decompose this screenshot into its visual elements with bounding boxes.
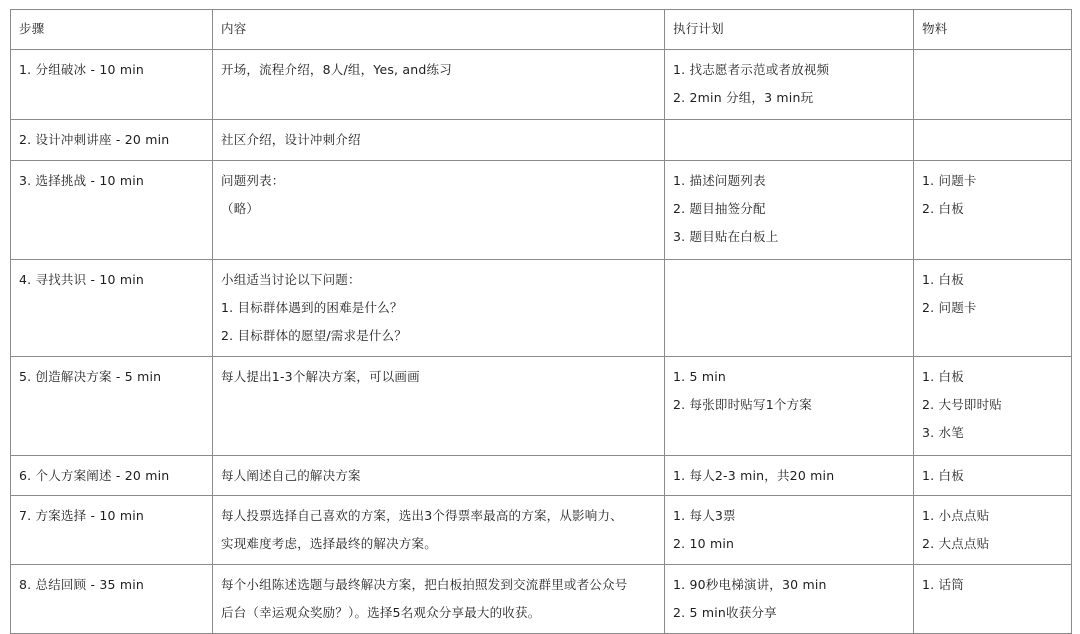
material-item: 2. 问题卡 bbox=[922, 294, 1063, 322]
content-line: 小组适当讨论以下问题： bbox=[221, 266, 656, 294]
material-item: 1. 话筒 bbox=[922, 571, 1063, 599]
plan-item: 2. 5 min收获分享 bbox=[673, 599, 905, 627]
table-row: 5. 创造解决方案 - 5 min 每人提出1-3个解决方案，可以画画 1. 5… bbox=[11, 357, 1072, 456]
plan-item: 3. 题目贴在白板上 bbox=[673, 223, 905, 251]
step-cell: 2. 设计冲刺讲座 - 20 min bbox=[11, 120, 213, 161]
workshop-plan-table-container: 步骤 内容 执行计划 物料 1. 分组破冰 - 10 min 开场，流程介绍，8… bbox=[10, 9, 1071, 634]
plan-item: 1. 90秒电梯演讲，30 min bbox=[673, 571, 905, 599]
content-line: 后台（幸运观众奖励？）。选择5名观众分享最大的收获。 bbox=[221, 599, 656, 627]
material-item: 2. 白板 bbox=[922, 195, 1063, 223]
content-line: 每人阐述自己的解决方案 bbox=[221, 462, 656, 490]
materials-cell: 1. 问题卡 2. 白板 bbox=[914, 161, 1072, 260]
content-line: 每人提出1-3个解决方案，可以画画 bbox=[221, 363, 656, 391]
plan-cell: 1. 5 min 2. 每张即时贴写1个方案 bbox=[665, 357, 914, 456]
materials-cell: 1. 小点点贴 2. 大点点贴 bbox=[914, 496, 1072, 565]
plan-item: 1. 5 min bbox=[673, 363, 905, 391]
header-materials: 物料 bbox=[914, 10, 1072, 50]
step-label: 4. 寻找共识 - 10 min bbox=[19, 266, 204, 294]
step-cell: 4. 寻找共识 - 10 min bbox=[11, 260, 213, 357]
plan-cell: 1. 90秒电梯演讲，30 min 2. 5 min收获分享 bbox=[665, 565, 914, 634]
table-row: 7. 方案选择 - 10 min 每人投票选择自己喜欢的方案，选出3个得票率最高… bbox=[11, 496, 1072, 565]
plan-cell: 1. 每人3票 2. 10 min bbox=[665, 496, 914, 565]
material-item: 3. 水笔 bbox=[922, 419, 1063, 447]
content-cell: 每人投票选择自己喜欢的方案，选出3个得票率最高的方案，从影响力、 实现难度考虑，… bbox=[213, 496, 665, 565]
materials-cell: 1. 白板 2. 问题卡 bbox=[914, 260, 1072, 357]
materials-cell bbox=[914, 120, 1072, 161]
header-row: 步骤 内容 执行计划 物料 bbox=[11, 10, 1072, 50]
material-item: 2. 大点点贴 bbox=[922, 530, 1063, 558]
content-line: 1. 目标群体遇到的困难是什么？ bbox=[221, 294, 656, 322]
plan-item: 2. 10 min bbox=[673, 530, 905, 558]
plan-cell: 1. 每人2-3 min，共20 min bbox=[665, 456, 914, 496]
content-line: 开场，流程介绍，8人/组，Yes, and练习 bbox=[221, 56, 656, 84]
content-line: 每人投票选择自己喜欢的方案，选出3个得票率最高的方案，从影响力、 bbox=[221, 502, 656, 530]
step-label: 6. 个人方案阐述 - 20 min bbox=[19, 462, 204, 490]
plan-item: 2. 题目抽签分配 bbox=[673, 195, 905, 223]
plan-item: 1. 每人3票 bbox=[673, 502, 905, 530]
content-line: 实现难度考虑，选择最终的解决方案。 bbox=[221, 530, 656, 558]
materials-cell bbox=[914, 50, 1072, 120]
material-item: 2. 大号即时贴 bbox=[922, 391, 1063, 419]
content-cell: 每人提出1-3个解决方案，可以画画 bbox=[213, 357, 665, 456]
content-cell: 小组适当讨论以下问题： 1. 目标群体遇到的困难是什么？ 2. 目标群体的愿望/… bbox=[213, 260, 665, 357]
header-plan: 执行计划 bbox=[665, 10, 914, 50]
content-line: 2. 目标群体的愿望/需求是什么？ bbox=[221, 322, 656, 350]
table-row: 4. 寻找共识 - 10 min 小组适当讨论以下问题： 1. 目标群体遇到的困… bbox=[11, 260, 1072, 357]
content-cell: 开场，流程介绍，8人/组，Yes, and练习 bbox=[213, 50, 665, 120]
material-item: 1. 白板 bbox=[922, 462, 1063, 490]
step-cell: 6. 个人方案阐述 - 20 min bbox=[11, 456, 213, 496]
plan-cell: 1. 描述问题列表 2. 题目抽签分配 3. 题目贴在白板上 bbox=[665, 161, 914, 260]
header-content: 内容 bbox=[213, 10, 665, 50]
table-row: 6. 个人方案阐述 - 20 min 每人阐述自己的解决方案 1. 每人2-3 … bbox=[11, 456, 1072, 496]
content-cell: 问题列表： （略） bbox=[213, 161, 665, 260]
plan-item: 2. 每张即时贴写1个方案 bbox=[673, 391, 905, 419]
table-row: 2. 设计冲刺讲座 - 20 min 社区介绍，设计冲刺介绍 bbox=[11, 120, 1072, 161]
step-cell: 3. 选择挑战 - 10 min bbox=[11, 161, 213, 260]
table-row: 1. 分组破冰 - 10 min 开场，流程介绍，8人/组，Yes, and练习… bbox=[11, 50, 1072, 120]
materials-cell: 1. 白板 2. 大号即时贴 3. 水笔 bbox=[914, 357, 1072, 456]
materials-cell: 1. 白板 bbox=[914, 456, 1072, 496]
material-item: 1. 小点点贴 bbox=[922, 502, 1063, 530]
plan-cell bbox=[665, 120, 914, 161]
content-line: 问题列表： bbox=[221, 167, 656, 195]
content-line: 社区介绍，设计冲刺介绍 bbox=[221, 126, 656, 154]
material-item: 1. 白板 bbox=[922, 363, 1063, 391]
plan-cell: 1. 找志愿者示范或者放视频 2. 2min 分组，3 min玩 bbox=[665, 50, 914, 120]
plan-item: 2. 2min 分组，3 min玩 bbox=[673, 84, 905, 112]
plan-item: 1. 每人2-3 min，共20 min bbox=[673, 462, 905, 490]
content-line: （略） bbox=[221, 195, 656, 223]
content-line: 每个小组陈述选题与最终解决方案，把白板拍照发到交流群里或者公众号 bbox=[221, 571, 656, 599]
materials-cell: 1. 话筒 bbox=[914, 565, 1072, 634]
material-item: 1. 白板 bbox=[922, 266, 1063, 294]
step-label: 5. 创造解决方案 - 5 min bbox=[19, 363, 204, 391]
workshop-plan-table: 步骤 内容 执行计划 物料 1. 分组破冰 - 10 min 开场，流程介绍，8… bbox=[10, 9, 1072, 634]
step-cell: 5. 创造解决方案 - 5 min bbox=[11, 357, 213, 456]
step-label: 1. 分组破冰 - 10 min bbox=[19, 56, 204, 84]
step-cell: 1. 分组破冰 - 10 min bbox=[11, 50, 213, 120]
table-row: 3. 选择挑战 - 10 min 问题列表： （略） 1. 描述问题列表 2. … bbox=[11, 161, 1072, 260]
plan-item: 1. 描述问题列表 bbox=[673, 167, 905, 195]
content-cell: 社区介绍，设计冲刺介绍 bbox=[213, 120, 665, 161]
header-step: 步骤 bbox=[11, 10, 213, 50]
table-row: 8. 总结回顾 - 35 min 每个小组陈述选题与最终解决方案，把白板拍照发到… bbox=[11, 565, 1072, 634]
step-label: 2. 设计冲刺讲座 - 20 min bbox=[19, 126, 204, 154]
step-cell: 7. 方案选择 - 10 min bbox=[11, 496, 213, 565]
content-cell: 每人阐述自己的解决方案 bbox=[213, 456, 665, 496]
plan-item: 1. 找志愿者示范或者放视频 bbox=[673, 56, 905, 84]
step-label: 7. 方案选择 - 10 min bbox=[19, 502, 204, 530]
step-cell: 8. 总结回顾 - 35 min bbox=[11, 565, 213, 634]
step-label: 8. 总结回顾 - 35 min bbox=[19, 571, 204, 599]
material-item: 1. 问题卡 bbox=[922, 167, 1063, 195]
content-cell: 每个小组陈述选题与最终解决方案，把白板拍照发到交流群里或者公众号 后台（幸运观众… bbox=[213, 565, 665, 634]
step-label: 3. 选择挑战 - 10 min bbox=[19, 167, 204, 195]
plan-cell bbox=[665, 260, 914, 357]
